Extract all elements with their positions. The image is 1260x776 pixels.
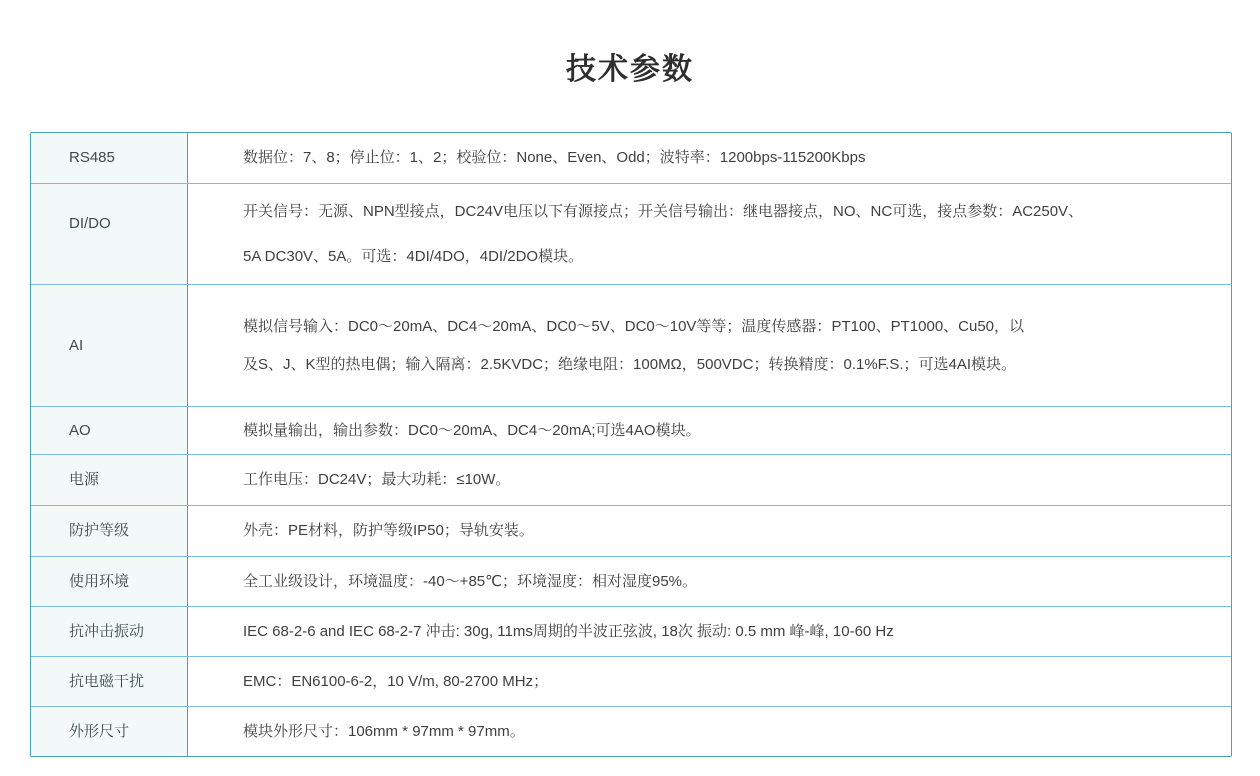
- table-row-ao: AO 模拟量输出，输出参数：DC0～20mA、DC4～20mA;可选4AO模块。: [31, 406, 1231, 454]
- content-line: 5A DC30V、5A。可选：4DI/4DO，4DI/2DO模块。: [243, 234, 1207, 279]
- row-content: 模拟信号输入：DC0～20mA、DC4～20mA、DC0～5V、DC0～10V等…: [188, 285, 1231, 406]
- content-line: 外壳：PE材料，防护等级IP50；导轨安装。: [243, 520, 1207, 542]
- content-line: IEC 68-2-6 and IEC 68-2-7 冲击: 30g, 11ms周…: [243, 621, 1207, 643]
- row-label: 使用环境: [31, 557, 188, 606]
- row-content: IEC 68-2-6 and IEC 68-2-7 冲击: 30g, 11ms周…: [188, 607, 1231, 656]
- row-content: 数据位：7、8；停止位：1、2；校验位：None、Even、Odd；波特率：12…: [188, 133, 1231, 183]
- content-line: EMC：EN6100-6-2，10 V/m, 80-2700 MHz；: [243, 671, 1207, 693]
- row-label: 抗电磁干扰: [31, 657, 188, 706]
- row-label: DI/DO: [31, 184, 188, 284]
- row-content: 模块外形尺寸：106mm * 97mm * 97mm。: [188, 707, 1231, 756]
- content-line: 数据位：7、8；停止位：1、2；校验位：None、Even、Odd；波特率：12…: [243, 147, 1207, 169]
- row-label: AO: [31, 407, 188, 454]
- table-row-environment: 使用环境 全工业级设计，环境温度：-40～+85℃；环境湿度：相对湿度95%。: [31, 556, 1231, 606]
- row-label: AI: [31, 285, 188, 406]
- table-row-shock-vibration: 抗冲击振动 IEC 68-2-6 and IEC 68-2-7 冲击: 30g,…: [31, 606, 1231, 656]
- row-label-text: 抗电磁干扰: [69, 671, 144, 693]
- row-content: 外壳：PE材料，防护等级IP50；导轨安装。: [188, 506, 1231, 556]
- row-label-text: 电源: [69, 469, 99, 491]
- content-line: 全工业级设计，环境温度：-40～+85℃；环境湿度：相对湿度95%。: [243, 571, 1207, 593]
- content-line: 工作电压：DC24V；最大功耗：≤10W。: [243, 469, 1207, 491]
- content-line: 及S、J、K型的热电偶；输入隔离：2.5KVDC；绝缘电阻：100MΩ，500V…: [243, 346, 1207, 384]
- content-line: 开关信号：无源、NPN型接点，DC24V电压以下有源接点；开关信号输出：继电器接…: [243, 189, 1207, 234]
- table-row-dimensions: 外形尺寸 模块外形尺寸：106mm * 97mm * 97mm。: [31, 706, 1231, 756]
- row-label: 外形尺寸: [31, 707, 188, 756]
- content-line: 模拟信号输入：DC0～20mA、DC4～20mA、DC0～5V、DC0～10V等…: [243, 308, 1207, 346]
- row-label-text: 外形尺寸: [69, 721, 129, 743]
- row-label-text: 防护等级: [69, 520, 129, 542]
- spec-table: RS485 数据位：7、8；停止位：1、2；校验位：None、Even、Odd；…: [30, 132, 1232, 757]
- row-label: 抗冲击振动: [31, 607, 188, 656]
- table-row-emc: 抗电磁干扰 EMC：EN6100-6-2，10 V/m, 80-2700 MHz…: [31, 656, 1231, 706]
- row-label: RS485: [31, 133, 188, 183]
- row-content: 工作电压：DC24V；最大功耗：≤10W。: [188, 455, 1231, 505]
- row-label-text: DI/DO: [69, 201, 111, 246]
- spec-page: 技术参数 RS485 数据位：7、8；停止位：1、2；校验位：None、Even…: [0, 0, 1260, 776]
- row-label-text: 抗冲击振动: [69, 621, 144, 643]
- row-label-text: 使用环境: [69, 571, 129, 593]
- row-label-text: AO: [69, 420, 91, 442]
- row-label-text: AI: [69, 327, 83, 365]
- row-content: 全工业级设计，环境温度：-40～+85℃；环境湿度：相对湿度95%。: [188, 557, 1231, 606]
- table-row-ai: AI 模拟信号输入：DC0～20mA、DC4～20mA、DC0～5V、DC0～1…: [31, 284, 1231, 406]
- row-content: EMC：EN6100-6-2，10 V/m, 80-2700 MHz；: [188, 657, 1231, 706]
- table-row-power: 电源 工作电压：DC24V；最大功耗：≤10W。: [31, 454, 1231, 505]
- table-row-protection: 防护等级 外壳：PE材料，防护等级IP50；导轨安装。: [31, 505, 1231, 556]
- table-row-dido: DI/DO 开关信号：无源、NPN型接点，DC24V电压以下有源接点；开关信号输…: [31, 183, 1231, 284]
- row-content: 开关信号：无源、NPN型接点，DC24V电压以下有源接点；开关信号输出：继电器接…: [188, 184, 1231, 284]
- row-content: 模拟量输出，输出参数：DC0～20mA、DC4～20mA;可选4AO模块。: [188, 407, 1231, 454]
- content-line: 模拟量输出，输出参数：DC0～20mA、DC4～20mA;可选4AO模块。: [243, 420, 1207, 442]
- table-row-rs485: RS485 数据位：7、8；停止位：1、2；校验位：None、Even、Odd；…: [31, 133, 1231, 183]
- page-title: 技术参数: [0, 0, 1260, 88]
- row-label: 防护等级: [31, 506, 188, 556]
- content-line: 模块外形尺寸：106mm * 97mm * 97mm。: [243, 721, 1207, 743]
- row-label: 电源: [31, 455, 188, 505]
- row-label-text: RS485: [69, 147, 115, 169]
